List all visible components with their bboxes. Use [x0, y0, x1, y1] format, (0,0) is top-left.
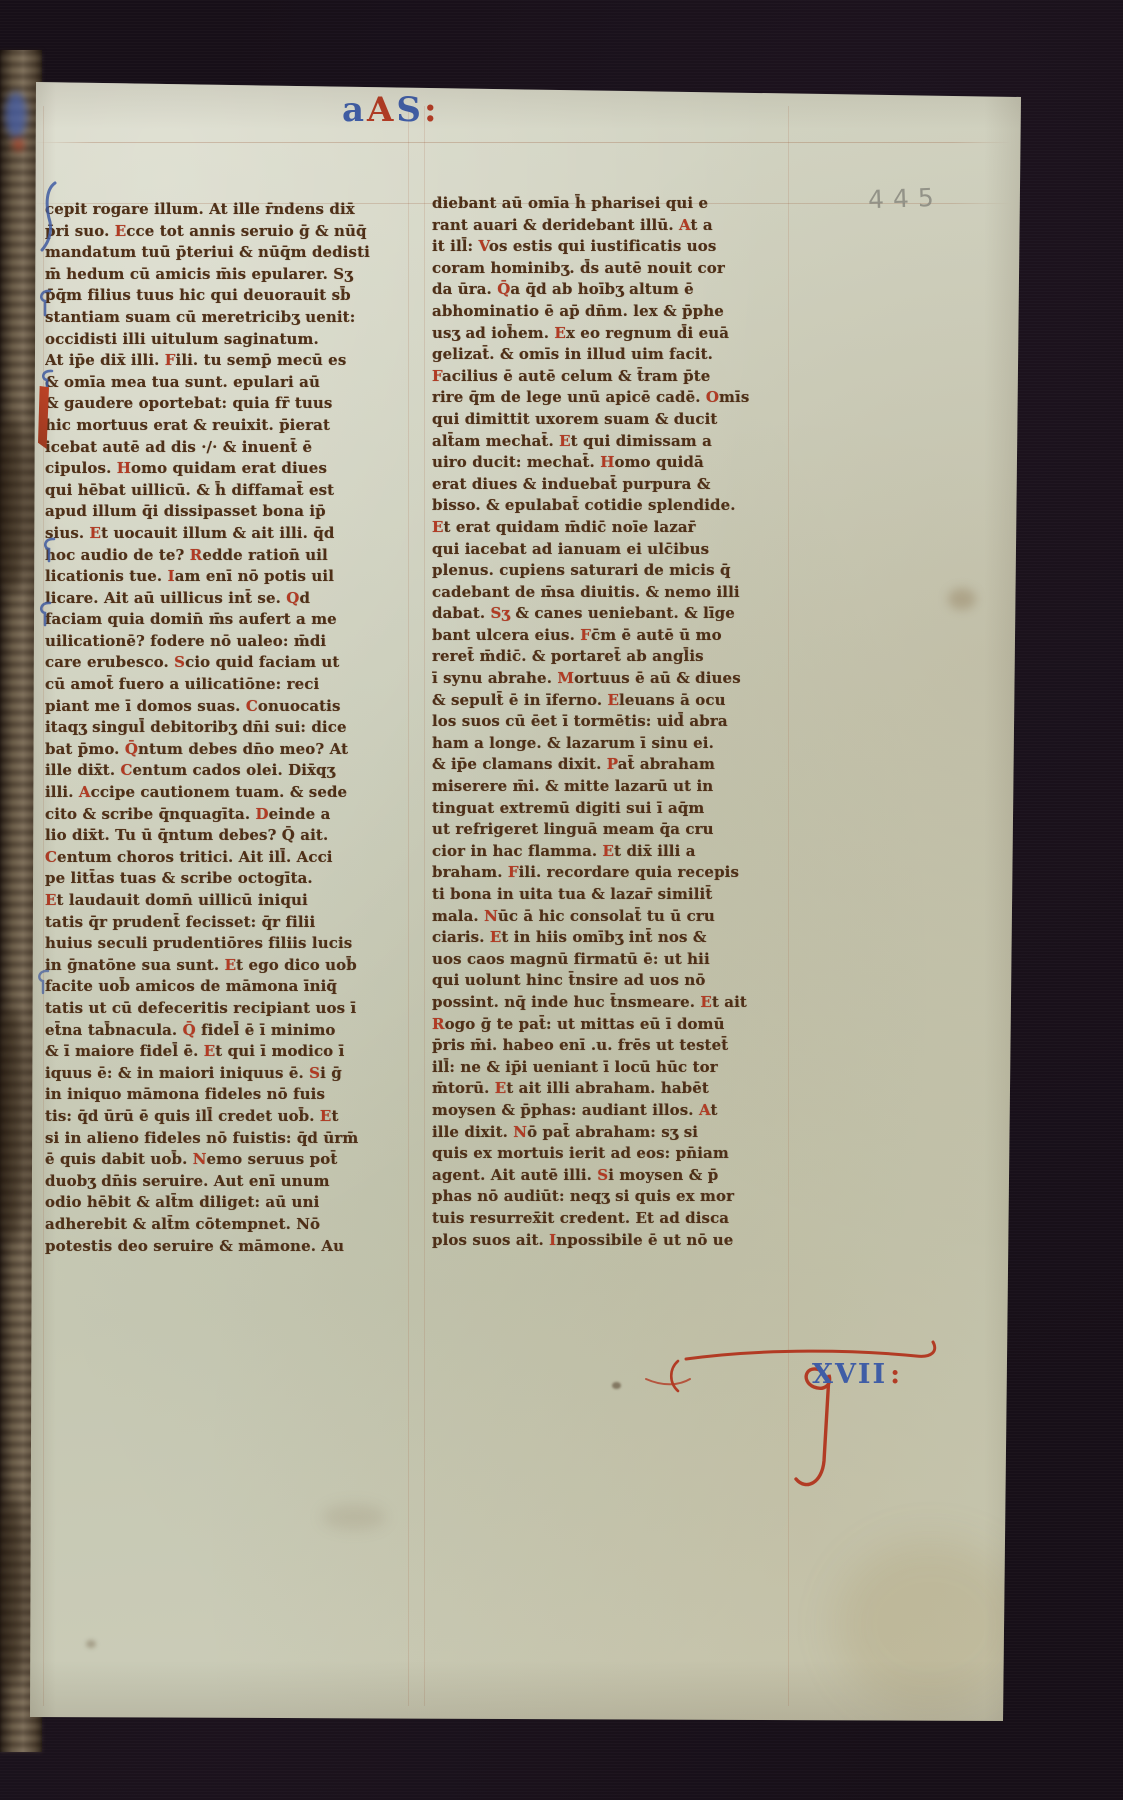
rubricated-letter: D [255, 805, 268, 823]
text-line: cadebant de m̄sa diuitis. & nemo illi [432, 582, 798, 604]
rubricated-letter: Sʒ [491, 604, 511, 622]
rubricated-letter: E [225, 956, 237, 974]
text-line: m̄ hedum cū amicis m̄is epularer. Sʒ [45, 264, 405, 286]
parchment-stain [86, 1640, 96, 1648]
rubricated-letter: Q̄ [183, 1021, 196, 1039]
text-line: qui hēbat uillicū. & h̄ diffamat̄ est [45, 480, 405, 502]
text-line: ham a longe. & lazarum ī sinu ei. [432, 733, 798, 755]
text-line: & omīa mea tua sunt. epulari aū [45, 372, 405, 394]
rubricated-letter: E [432, 518, 444, 536]
text-line: potestis deo seruire & māmone. Au [45, 1236, 405, 1258]
blurred-text-blob [0, 420, 28, 590]
text-line: uos caos magnū firmatū ē: ut hii [432, 949, 798, 971]
text-line: plos suos ait. Inpossibile ē ut nō ue [432, 1230, 798, 1252]
rubricated-letter: S [597, 1166, 608, 1184]
rubricated-letter: A [699, 1101, 710, 1119]
rubricated-letter: I [168, 567, 175, 585]
running-title-letter: S [396, 90, 424, 130]
text-line: cū amot̄ fuero a uilicatiōne: reci [45, 674, 405, 696]
text-line: in ḡnatōne sua sunt. Et ego dico uob̄ [45, 955, 405, 977]
text-line: los suos cū ēet ī tormētis: uid̄ abr… [432, 711, 798, 733]
text-line: si in alieno fideles nō fuistis: q̄d ū… [45, 1128, 405, 1150]
rubricated-letter: E [607, 691, 619, 709]
text-line: licationis tue. Iam enī nō potis uil [45, 566, 405, 588]
text-line: Et laudauit domn̄ uillicū iniqui [45, 890, 405, 912]
text-line: p̄q̄m filius tuus hic qui deuorauit sb̄ [45, 285, 405, 307]
parchment-stain [322, 1504, 386, 1530]
text-line: hic mortuus erat & reuixit. p̄ierat [45, 415, 405, 437]
text-line: stantiam suam cū meretricibʒ uenit: [45, 307, 405, 329]
rubricated-letter: E [320, 1107, 332, 1125]
text-line: m̄torū. Et ait illi abraham. habēt [432, 1078, 798, 1100]
text-line: phas nō audiūt: neqʒ si quis ex mor [432, 1186, 798, 1208]
text-line: ille dixit. Nō pat̄ abraham: sʒ si [432, 1122, 798, 1144]
text-line: faciam quia domin̄ m̄s aufert a me [45, 609, 405, 631]
underlying-blue-initial-smudge [5, 92, 27, 138]
text-line: qui iacebat ad ianuam ei ulc̄ibus [432, 539, 798, 561]
rubricated-letter: H [600, 453, 614, 471]
text-line: ill̄: ne & ip̄i ueniant ī locū hūc to… [432, 1057, 798, 1079]
text-line: gelizat̄. & omīs in illud uim facit. [432, 344, 798, 366]
running-title-letter: : [424, 90, 440, 130]
text-line: cior in hac flamma. Et dix̄ illi a [432, 841, 798, 863]
text-line: illi. Accipe cautionem tuam. & sede [45, 782, 405, 804]
flourish-underline [646, 1379, 690, 1384]
chapter-numeral: XVII [812, 1359, 887, 1390]
text-line: tis: q̄d ūrū ē quis ill̄ credet uob̄.… [45, 1106, 405, 1128]
rubricated-letter: E [115, 222, 127, 240]
text-line: qui uolunt hinc t̄nsire ad uos nō [432, 970, 798, 992]
text-line: ciaris. Et in hiis omībʒ int̄ nos & [432, 927, 798, 949]
text-line: braham. Fili. recordare quia recepis [432, 862, 798, 884]
text-line: rire q̄m de lege unū apicē cadē. Omī… [432, 387, 798, 409]
text-line: cito & scribe q̄nquagīta. Deinde a [45, 804, 405, 826]
text-line: & ī maiore fidel̄ ē. Et qui ī modico … [45, 1041, 405, 1063]
rubricated-letter: E [554, 324, 566, 342]
text-line: ut refrigeret linguā meam q̄a cru [432, 819, 798, 841]
text-line: cipulos. Homo quidam erat diues [45, 458, 405, 480]
text-line: Rogo ḡ te pat̄: ut mittas eū ī domū [432, 1014, 798, 1036]
text-line: & ip̄e clamans dixit. Pat̄ abraham [432, 754, 798, 776]
rubricated-letter: R [190, 546, 203, 564]
rubricated-letter: F [508, 863, 519, 881]
text-line: Et erat quidam m̄dic̄ noīe lazar̄ [432, 517, 798, 539]
text-line: At ip̄e dix̄ illi. Fili. tu semp̄ mecū … [45, 350, 405, 372]
parchment-stain [948, 588, 976, 610]
text-line: ille dix̄t. Centum cados olei. Dix̄qʒ [45, 760, 405, 782]
text-line: piant me ī domos suas. Conuocatis [45, 696, 405, 718]
text-line: reret̄ m̄dic̄. & portaret̄ ab angl̄is [432, 646, 798, 668]
text-line: diebant aū omīa h̄ pharisei qui e [432, 193, 798, 215]
rubricated-letter: C [246, 697, 258, 715]
text-line: licare. Ait aū uillicus int̄ se. Qd [45, 588, 405, 610]
chapter-flourish-red [626, 1335, 956, 1545]
text-line: & sepult̄ ē in īferno. Eleuans ā ocu [432, 690, 798, 712]
flourish-bracket [671, 1361, 678, 1391]
text-line: & gaudere oportebat: quia fr̄ tuus [45, 393, 405, 415]
text-line: adherebit & alt̄m cōtempnet. Nō [45, 1214, 405, 1236]
text-line: odio hēbit & alt̄m diliget: aū uni [45, 1192, 405, 1214]
rubricated-letter: R [432, 1015, 445, 1033]
manuscript-page: aAS: 445 cepit rogare illum. At ille r̄n… [26, 80, 1024, 1726]
rubricated-letter: P [607, 755, 618, 773]
ruling-line-vertical [424, 106, 425, 1706]
text-line: coram hominibʒ. d̄s autē nouit cor [432, 258, 798, 280]
running-title-letter: A [367, 90, 396, 130]
rubricated-letter: F [165, 351, 176, 369]
rubricated-letter: E [490, 928, 502, 946]
text-line: Centum choros tritici. Ait ill̄. Acci [45, 847, 405, 869]
text-line: quis ex mortuis ierit ad eos: pn̄iam [432, 1143, 798, 1165]
rubricated-letter: Q̄ [125, 740, 138, 758]
text-line: icebat autē ad dis ·/· & inuent̄ ē [45, 437, 405, 459]
text-line: bat p̄mo. Q̄ntum debes dn̄o meo? At [45, 739, 405, 761]
rubricated-letter: F [432, 367, 442, 385]
rubricated-letter: N [484, 907, 498, 925]
rubricated-letter: A [79, 783, 91, 801]
underlying-red-initial-smudge [13, 138, 24, 151]
text-line: uiro ducit: mechat̄. Homo quidā [432, 452, 798, 474]
parchment-stain [836, 1540, 1026, 1710]
rubricated-letter: S [309, 1064, 320, 1082]
rubricated-letter: N [193, 1150, 207, 1168]
text-line: mala. Nūc ā hic consolat̄ tu ū cru [432, 906, 798, 928]
rubricated-letter: F [580, 626, 591, 644]
text-line: possint. nq̄ inde huc t̄nsmeare. Et ait [432, 992, 798, 1014]
text-column-right: diebant aū omīa h̄ pharisei qui erant … [432, 193, 798, 1261]
text-line: duobʒ dn̄is seruire. Aut enī unum [45, 1171, 405, 1193]
text-line: lio dix̄t. Tu ū q̄ntum debes? Q̄ ait. [45, 825, 405, 847]
text-line: Facilius ē autē celum & t̄ram p̄te [432, 366, 798, 388]
ink-stain [612, 1382, 621, 1389]
running-title: aAS: [342, 92, 440, 128]
text-line: huius seculi prudentiōres filiis lucis [45, 933, 405, 955]
rubricated-letter: H [117, 459, 131, 477]
flourish-swash [686, 1342, 935, 1359]
text-line: p̄ris m̄i. habeo enī .u. frēs ut teste… [432, 1035, 798, 1057]
rubricated-letter: S [174, 653, 185, 671]
rubricated-letter: O [706, 388, 719, 406]
text-line: abhominatio ē ap̄ dn̄m. lex & p̄phe [432, 301, 798, 323]
folio-number-pencil: 445 [868, 183, 944, 215]
ruling-line-vertical [408, 106, 409, 1706]
rubricated-letter: E [204, 1042, 216, 1060]
text-line: tuis resurrex̄it credent. Et ad disca [432, 1208, 798, 1230]
text-line: mandatum tuū p̄teriui & nūq̄m dedisti [45, 242, 405, 264]
blurred-text-blob [0, 1500, 26, 1680]
rubricated-letter: M [557, 669, 574, 687]
rubricated-letter: E [700, 993, 712, 1011]
text-column-left: cepit rogare illum. At ille r̄ndens dix̄… [45, 199, 405, 1261]
rubricated-letter: N [513, 1123, 527, 1141]
rubricated-letter: E [559, 432, 571, 450]
text-line: pe litt̄as tuas & scribe octogīta. [45, 868, 405, 890]
ruling-line-horizontal [34, 142, 1011, 143]
chapter-colon: : [890, 1359, 902, 1390]
photo-stage: aAS: 445 cepit rogare illum. At ille r̄n… [0, 0, 1123, 1800]
text-line: occidisti illi uitulum saginatum. [45, 329, 405, 351]
text-line: apud illum q̄i dissipasset bona ip̄ [45, 501, 405, 523]
text-line: care erubesco. Scio quid faciam ut [45, 652, 405, 674]
text-line: rant auari & deridebant illū. At a [432, 215, 798, 237]
rubricated-letter: E [45, 891, 57, 909]
running-title-letter: a [342, 90, 367, 130]
text-line: ī synu abrahe. Mortuus ē aū & diues [432, 668, 798, 690]
text-line: tatis ut cū defeceritis recipiant uos i… [45, 998, 405, 1020]
text-line: da ūra. Q̄a q̄d ab hoībʒ altum ē [432, 279, 798, 301]
chapter-number: XVII: [812, 1359, 902, 1390]
text-line: et̄na tab̄nacula. Q̄ fidel̄ ē ī minimo [45, 1020, 405, 1042]
text-line: in iniquo māmona fideles nō fuis [45, 1084, 405, 1106]
text-line: bant ulcera eius. Fc̄m ē autē ū mo [432, 625, 798, 647]
rubricated-letter: C [45, 848, 57, 866]
text-line: qui dimittit uxorem suam & ducit [432, 409, 798, 431]
text-line: plenus. cupiens saturari de micis q̄ [432, 560, 798, 582]
text-line: agent. Ait autē illi. Si moysen & p̄ [432, 1165, 798, 1187]
rubricated-letter: E [90, 524, 102, 542]
text-line: usʒ ad ioh̄em. Ex eo regnum d̄i euā [432, 323, 798, 345]
text-line: sius. Et uocauit illum & ait illi. q̄d [45, 523, 405, 545]
text-line: uilicationē? fodere nō ualeo: m̄di [45, 631, 405, 653]
text-line: moysen & p̄phas: audiant illos. At [432, 1100, 798, 1122]
text-line: alt̄am mechat̄. Et qui dimissam a [432, 431, 798, 453]
ruling-line-vertical [43, 106, 44, 1706]
rubricated-letter: Q̄ [497, 280, 510, 298]
rubricated-letter: V [479, 237, 489, 255]
text-line: hoc audio de te? Redde ration̄ uil [45, 545, 405, 567]
rubricated-letter: C [120, 761, 132, 779]
text-line: miserere m̄i. & mitte lazarū ut in [432, 776, 798, 798]
text-line: ti bona in uita tua & lazar̄ similit̄ [432, 884, 798, 906]
text-line: facite uob̄ amicos de māmona īniq̄ [45, 976, 405, 998]
rubricated-letter: E [603, 842, 615, 860]
text-line: dabat. Sʒ & canes ueniebant. & līge [432, 603, 798, 625]
rubricated-letter: E [495, 1079, 507, 1097]
blurred-text-blob [0, 1010, 26, 1240]
text-line: ē quis dabit uob̄. Nemo seruus pot̄ [45, 1149, 405, 1171]
text-line: iquus ē: & in maiori iniquus ē. Si ḡ [45, 1063, 405, 1085]
rubricated-letter: Q [286, 589, 299, 607]
rubricated-letter: A [679, 216, 690, 234]
text-line: erat diues & induebat̄ purpura & [432, 474, 798, 496]
text-line: it ill̄: Vos estis qui iustificatis uos [432, 236, 798, 258]
text-line: p̄ri suo. Ecce tot annis seruio ḡ & nū… [45, 221, 405, 243]
text-line: cepit rogare illum. At ille r̄ndens dix̄ [45, 199, 405, 221]
text-line: tinguat extremū digiti sui ī aq̄m [432, 798, 798, 820]
text-line: bisso. & epulabat̄ cotidie splendide. [432, 495, 798, 517]
text-line: tatis q̄r prudent̄ fecisset: q̄r filii [45, 912, 405, 934]
text-line: itaqʒ singul̄ debitoribʒ dn̄i sui: dice [45, 717, 405, 739]
